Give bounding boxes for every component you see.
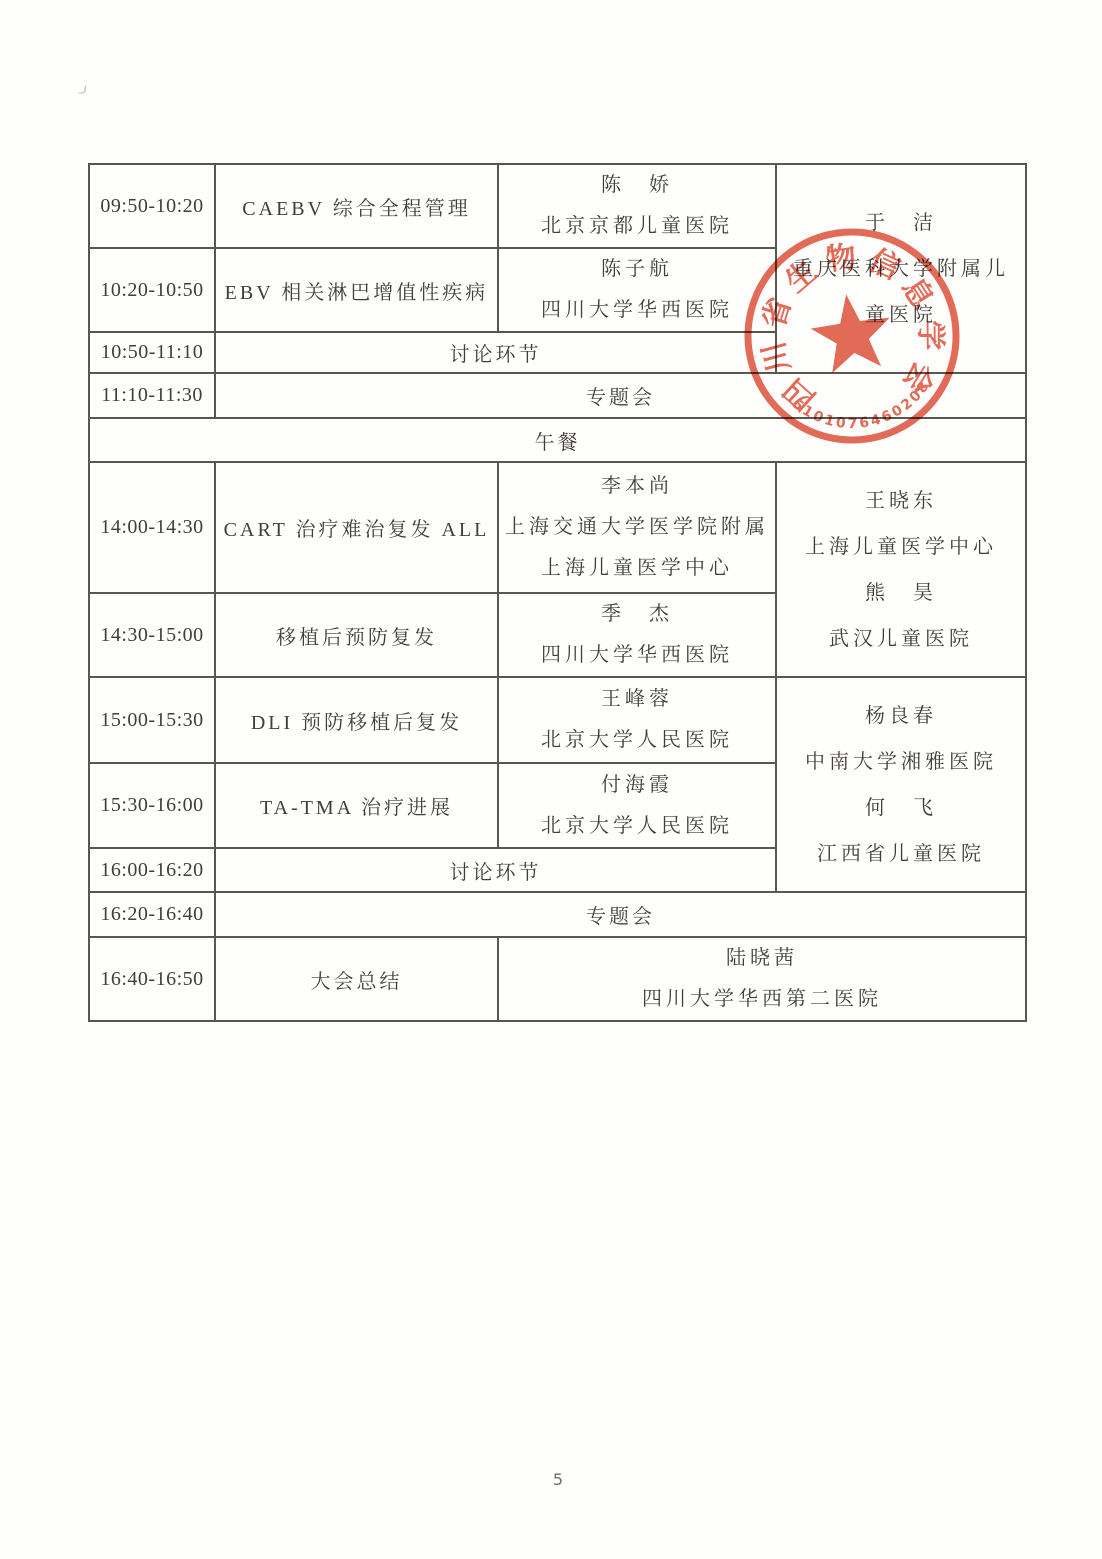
topic-cell: 大会总结 (215, 937, 498, 1021)
time-cell: 16:00-16:20 (89, 848, 215, 892)
speaker-org: 北京大学人民医院 (504, 806, 770, 847)
time-cell: 09:50-10:20 (89, 164, 215, 248)
speaker-cell: 季 杰 四川大学华西医院 (498, 593, 776, 677)
speaker-org: 四川大学华西医院 (504, 635, 770, 676)
time-cell: 16:20-16:40 (89, 892, 215, 937)
chair-name: 王晓东 (782, 478, 1020, 524)
speaker-name: 陈 娇 (504, 165, 770, 206)
seal-ring-char: 学 (913, 320, 946, 350)
chair-cell: 杨良春 中南大学湘雅医院 何 飞 江西省儿童医院 (776, 677, 1026, 892)
speaker-name: 陆晓茜 (504, 938, 1020, 979)
seal-ring-char: 信 (864, 243, 905, 286)
seal-ring-char: 会 (896, 356, 940, 399)
chair-cell: 王晓东 上海儿童医学中心 熊 昊 武汉儿童医院 (776, 462, 1026, 677)
table-row: 15:00-15:30 DLI 预防移植后复发 王峰蓉 北京大学人民医院 杨良春… (89, 677, 1026, 763)
speaker-cell: 付海霞 北京大学人民医院 (498, 763, 776, 848)
seal-number-digit: 0 (835, 415, 847, 432)
time-cell: 10:50-11:10 (89, 332, 215, 373)
time-cell: 10:20-10:50 (89, 248, 215, 332)
topic-cell: CART 治疗难治复发 ALL (215, 462, 498, 593)
speaker-cell: 王峰蓉 北京大学人民医院 (498, 677, 776, 763)
chair-org: 中南大学湘雅医院 (782, 739, 1020, 785)
chair-name: 熊 昊 (782, 570, 1020, 616)
time-cell: 14:30-15:00 (89, 593, 215, 677)
scan-artifact (79, 85, 87, 94)
topic-cell: 移植后预防复发 (215, 593, 498, 677)
speaker-name: 付海霞 (504, 765, 770, 806)
time-cell: 14:00-14:30 (89, 462, 215, 593)
speaker-name: 季 杰 (504, 594, 770, 635)
time-cell: 11:10-11:30 (89, 373, 215, 418)
chair-org: 武汉儿童医院 (782, 616, 1020, 662)
chair-org: 上海儿童医学中心 (782, 524, 1020, 570)
seal-ring-char: 川 (757, 338, 797, 376)
table-row: 16:40-16:50 大会总结 陆晓茜 四川大学华西第二医院 (89, 937, 1026, 1021)
time-cell: 15:00-15:30 (89, 677, 215, 763)
topic-cell: EBV 相关淋巴增值性疾病 (215, 248, 498, 332)
speaker-org: 北京大学人民医院 (504, 720, 770, 761)
chair-name: 何 飞 (782, 785, 1020, 831)
seal-number-digit: 7 (848, 416, 858, 432)
table-row: 16:20-16:40 专题会 (89, 892, 1026, 937)
seal-number-digit: 6 (858, 415, 870, 432)
speaker-cell: 李本尚 上海交通大学医学院附属上海儿童医学中心 (498, 462, 776, 593)
speaker-org: 上海交通大学医学院附属上海儿童医学中心 (504, 507, 770, 589)
seal-ring-char: 省 (757, 294, 797, 332)
page-number: 5 (548, 1470, 568, 1489)
seal-ring-char: 生 (779, 254, 823, 299)
speaker-name: 李本尚 (504, 466, 770, 507)
chair-org: 江西省儿童医院 (782, 831, 1020, 877)
time-cell: 15:30-16:00 (89, 763, 215, 848)
topic-cell: CAEBV 综合全程管理 (215, 164, 498, 248)
seal-ring-char: 物 (824, 240, 858, 277)
seal-star-icon (807, 289, 897, 375)
topic-cell: DLI 预防移植后复发 (215, 677, 498, 763)
session-cell: 讨论环节 (215, 848, 776, 892)
speaker-org: 四川大学华西第二医院 (504, 979, 1020, 1020)
table-row: 14:00-14:30 CART 治疗难治复发 ALL 李本尚 上海交通大学医学… (89, 462, 1026, 593)
chair-name: 杨良春 (782, 693, 1020, 739)
session-cell: 讨论环节 (215, 332, 776, 373)
seal-ring-char: 息 (895, 271, 940, 316)
document-page: 09:50-10:20 CAEBV 综合全程管理 陈 娇 北京京都儿童医院 于 … (0, 0, 1102, 1559)
speaker-cell: 陆晓茜 四川大学华西第二医院 (498, 937, 1026, 1021)
official-seal-stamp: 四川省生物信息学会5101076460208 (722, 206, 982, 466)
topic-cell: TA-TMA 治疗进展 (215, 763, 498, 848)
speaker-name: 王峰蓉 (504, 679, 770, 720)
session-cell: 专题会 (215, 892, 1026, 937)
seal-number-digit: 1 (822, 412, 836, 430)
time-cell: 16:40-16:50 (89, 937, 215, 1021)
